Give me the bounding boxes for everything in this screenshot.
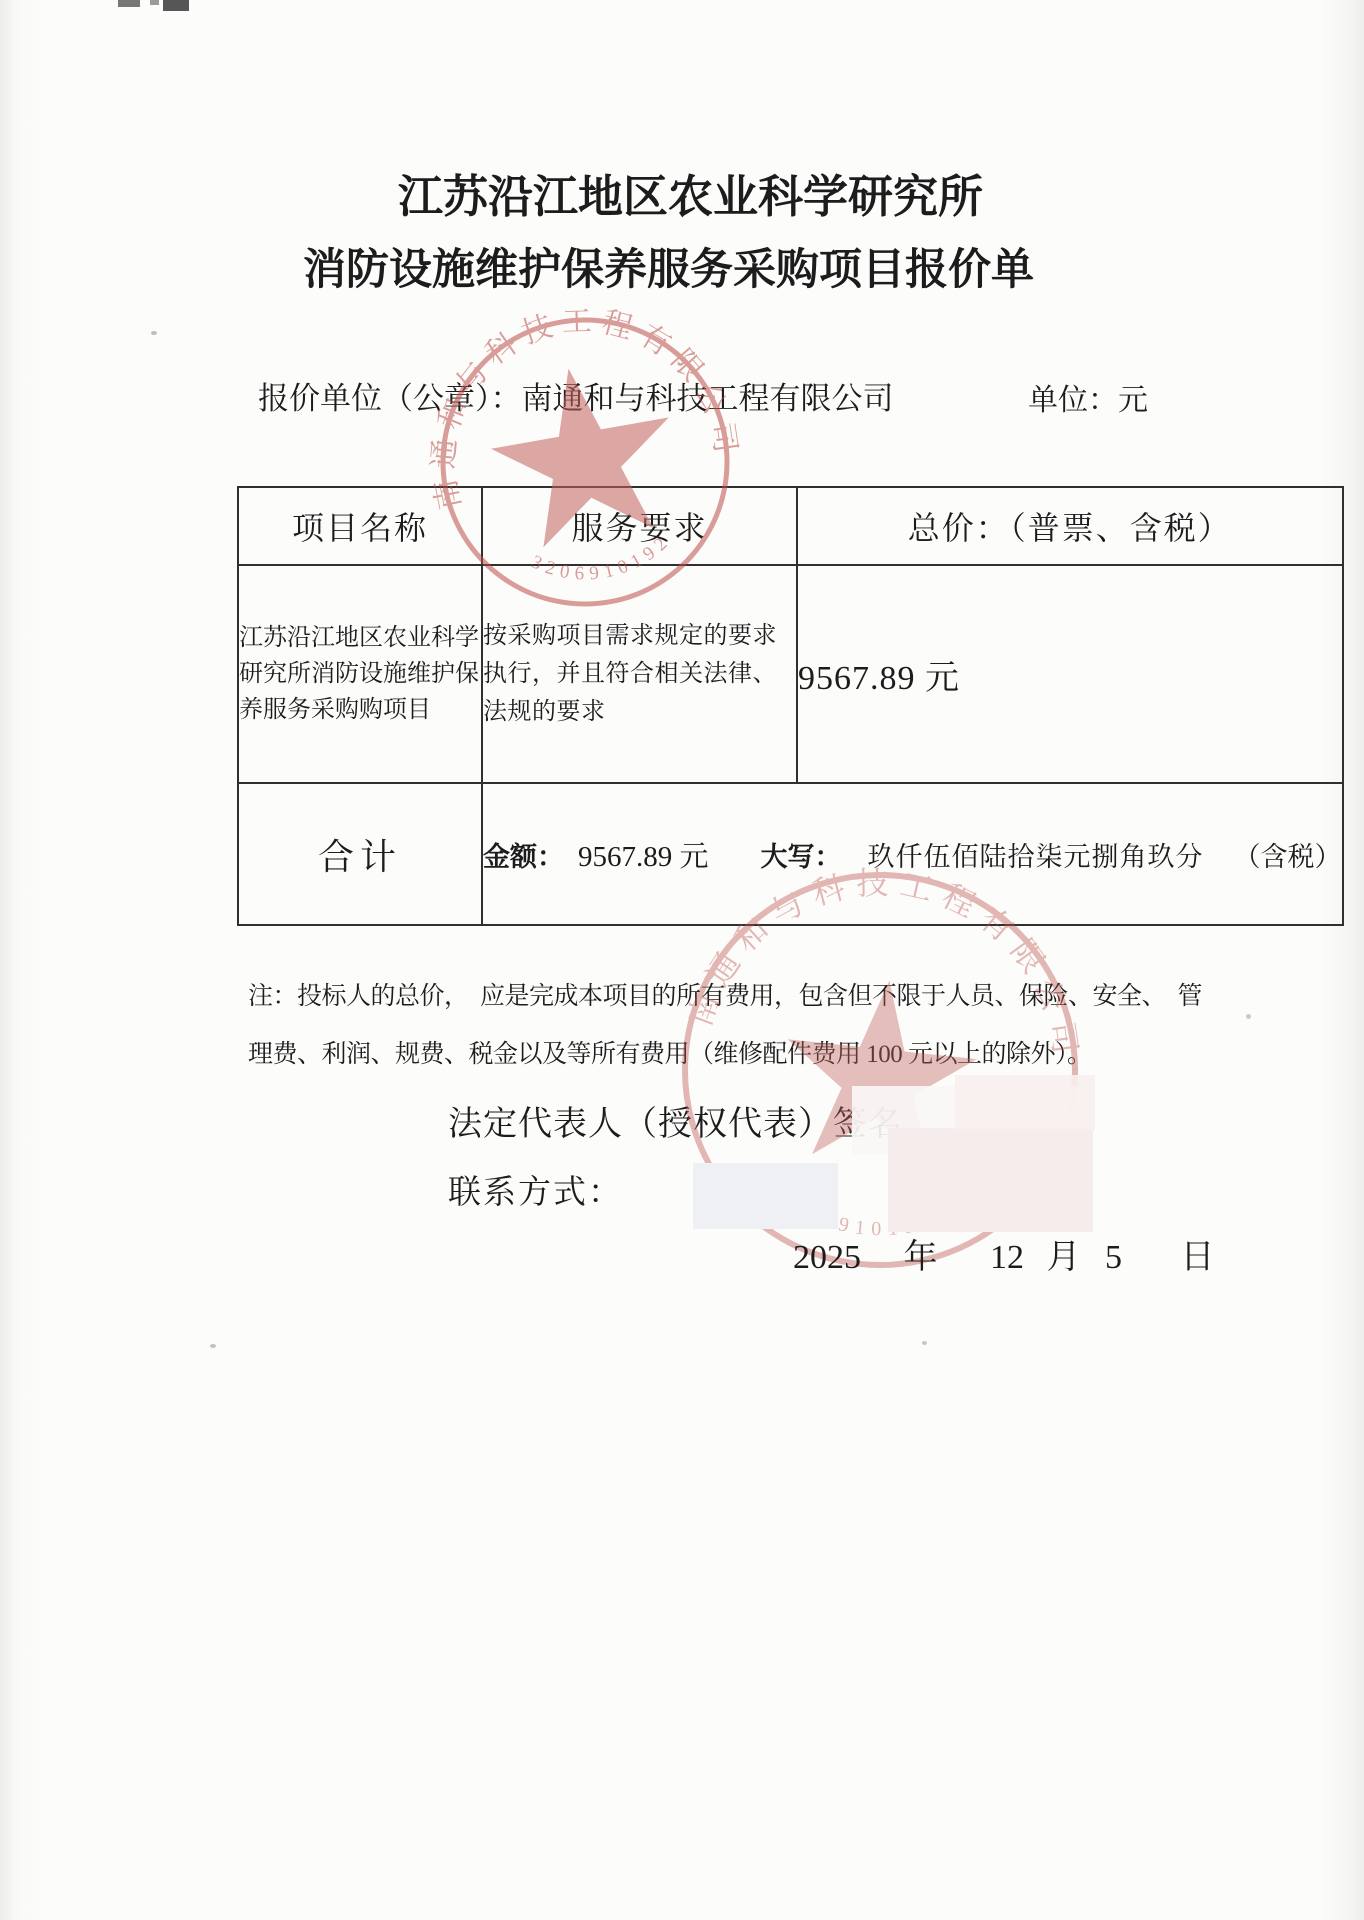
date-day-label: 日 (1181, 1229, 1215, 1278)
header-total-price: 总价：（普票、含税） (797, 487, 1342, 565)
table-header-row: 项目名称 服务要求 总价：（普票、含税） (238, 487, 1343, 565)
currency-unit-label: 单位：元 (1028, 375, 1148, 419)
date-year: 2025 (793, 1239, 861, 1277)
scan-speck (1246, 1014, 1251, 1019)
summary-amount-value: 9567.89 元 (578, 834, 709, 875)
quotation-table: 项目名称 服务要求 总价：（普票、含税） 江苏沿江地区农业科学研究所消防设施维护… (237, 486, 1344, 926)
summary-amount-label: 金额： (483, 835, 564, 874)
redaction-box (955, 1075, 1095, 1131)
note-line2: 理费、利润、规费、税金以及等所有费用（维修配件费用 100 元以上的除外）。 (248, 1034, 1092, 1070)
quoting-unit-line: 报价单位（公章）：南通和与科技工程有限公司 (258, 373, 894, 418)
scan-speck (151, 331, 157, 335)
contact-line: 联系方式： (448, 1166, 623, 1213)
header-project-name: 项目名称 (238, 487, 482, 565)
date-day: 5 (1105, 1239, 1122, 1277)
scan-artifact (163, 0, 189, 11)
redaction-box (693, 1163, 838, 1229)
date-month-label: 月 (1047, 1229, 1081, 1278)
scanned-quotation-document: 江苏沿江地区农业科学研究所 消防设施维护保养服务采购项目报价单 报价单位（公章）… (0, 0, 1364, 1920)
cell-service-requirement: 按采购项目需求规定的要求执行，并且符合相关法律、法规的要求 (482, 565, 797, 783)
table-summary-row: 合计 金额： 9567.89 元 大写： 玖仟伍佰陆拾柒元捌角玖分 （含税） (238, 783, 1343, 925)
scan-artifact (150, 0, 159, 5)
summary-tax-note: （含税） (1234, 835, 1342, 874)
date-line: 2025 年 12 月 5 日 (793, 1229, 1215, 1278)
date-month: 12 (990, 1239, 1024, 1277)
cell-project-name: 江苏沿江地区农业科学研究所消防设施维护保养服务采购购项目 (238, 565, 482, 783)
summary-label: 合计 (238, 783, 482, 925)
summary-cell: 金额： 9567.89 元 大写： 玖仟伍佰陆拾柒元捌角玖分 （含税） (482, 783, 1343, 925)
legal-representative-line: 法定代表人（授权代表）签名 (448, 1096, 903, 1145)
note-line1: 注：投标人的总价， 应是完成本项目的所有费用，包含但不限于人员、保险、安全、 管 (248, 976, 1202, 1012)
summary-words-value: 玖仟伍佰陆拾柒元捌角玖分 (868, 835, 1204, 874)
redaction-box (888, 1128, 1093, 1232)
date-year-label: 年 (904, 1229, 938, 1278)
scan-speck (210, 1344, 216, 1348)
cell-total-price: 9567.89 元 (797, 565, 1342, 783)
scan-speck (922, 1341, 927, 1345)
scan-artifact (118, 0, 140, 7)
header-service-requirement: 服务要求 (482, 487, 797, 565)
table-data-row: 江苏沿江地区农业科学研究所消防设施维护保养服务采购购项目 按采购项目需求规定的要… (238, 565, 1343, 783)
document-title-line1: 江苏沿江地区农业科学研究所 (398, 160, 983, 225)
summary-words-label: 大写： (761, 835, 842, 874)
document-title-line2: 消防设施维护保养服务采购项目报价单 (303, 236, 1034, 297)
